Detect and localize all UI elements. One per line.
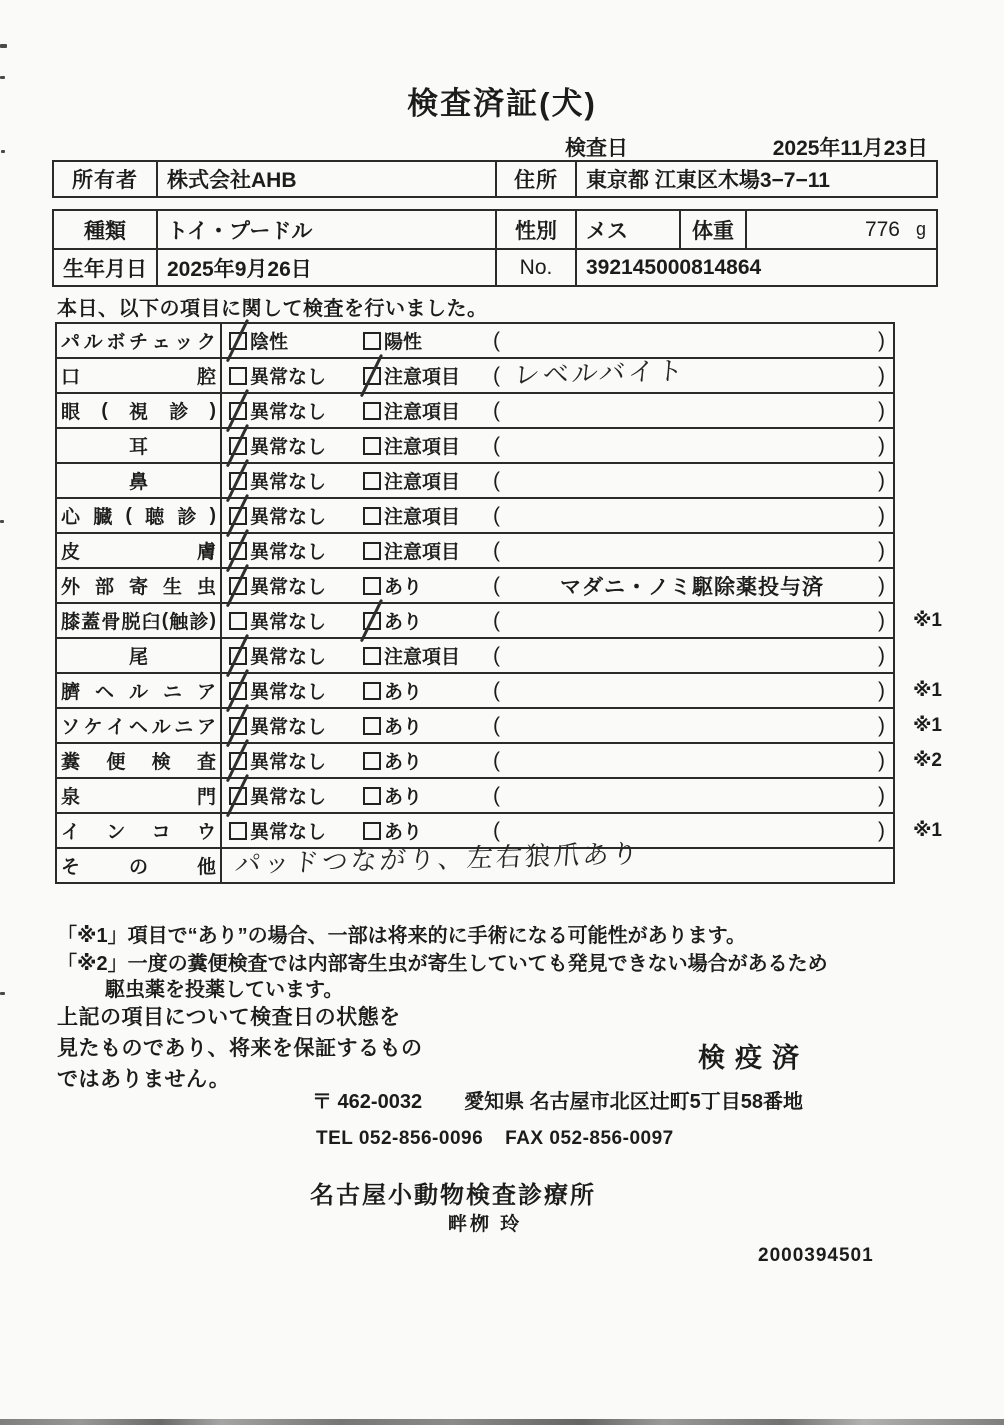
option-label: 異常なし: [250, 537, 326, 564]
inspection-item-label: 外部寄生虫: [57, 569, 222, 602]
inspection-item-content: 異常なし注意項目(): [222, 639, 893, 672]
option-label: 異常なし: [250, 747, 326, 774]
remarks-value: レベルバイト: [506, 359, 878, 392]
paren-open: (: [493, 784, 500, 808]
disclaimer-line: 上記の項目について検査日の状態を: [57, 1002, 423, 1033]
owner-value: 株式会社AHB: [158, 162, 497, 196]
option-primary: 異常なし: [229, 537, 363, 564]
option-label: 注意項目: [384, 467, 460, 494]
remarks-field: (): [493, 749, 893, 773]
checkbox-checked: [229, 717, 247, 735]
option-primary: 異常なし: [229, 572, 363, 599]
inspection-row: 外部寄生虫異常なしあり(マダニ・ノミ駆除薬投与済): [55, 567, 895, 604]
paren-open: (: [493, 749, 500, 773]
label-char: 眼: [61, 397, 80, 424]
inspection-item-label: インコウ: [57, 814, 222, 847]
note-reference: ※1: [913, 819, 942, 842]
option-primary: 異常なし: [229, 642, 363, 669]
paren-close: ): [878, 679, 893, 703]
option-label: あり: [384, 572, 422, 599]
checkbox-unchecked: [363, 332, 381, 350]
option-primary: 異常なし: [229, 747, 363, 774]
clinic-fax: FAX 052-856-0097: [505, 1128, 674, 1149]
option-primary: 異常なし: [229, 712, 363, 739]
checkbox-unchecked: [363, 542, 381, 560]
checkbox-unchecked: [363, 717, 381, 735]
scan-artifact: [1, 150, 5, 153]
checkbox-unchecked: [363, 437, 381, 455]
label-char: 部: [95, 572, 114, 599]
inspection-row: パルボチェック陰性陽性(): [55, 322, 895, 359]
checkbox-checked: [229, 437, 247, 455]
remarks-field: (): [493, 609, 893, 633]
label-char: の: [129, 852, 148, 879]
inspection-item-content: パッドつながり、左右狼爪あり: [222, 849, 893, 882]
option-label: 陰性: [250, 327, 288, 354]
option-label: 注意項目: [384, 642, 460, 669]
label-char: 虫: [197, 572, 216, 599]
label-char: ソ: [61, 712, 80, 739]
option-label: 異常なし: [250, 397, 326, 424]
quarantine-stamp: 検疫済: [698, 1036, 809, 1075]
option-secondary: 注意項目: [363, 362, 493, 389]
option-label: 異常なし: [250, 817, 326, 844]
sex-value: メス: [577, 211, 681, 248]
scan-artifact: [0, 76, 5, 79]
weight-unit: g: [916, 219, 926, 240]
inspection-row: 鼻異常なし注意項目(): [55, 462, 895, 499]
remarks-field: (): [493, 504, 893, 528]
paren-open: (: [493, 714, 500, 738]
option-primary: 異常なし: [229, 607, 363, 634]
option-label: 異常なし: [250, 677, 326, 704]
option-primary: 異常なし: [229, 502, 363, 529]
checkbox-checked: [229, 787, 247, 805]
label-char: 寄: [129, 572, 148, 599]
label-char: 口: [61, 362, 80, 389]
label-char: ェ: [152, 327, 171, 354]
inspection-item-content: 異常なしあり(): [222, 709, 893, 742]
option-label: 注意項目: [384, 397, 460, 424]
paren-open: (: [493, 399, 500, 423]
id-number-value: 392145000814864: [577, 250, 936, 285]
label-char: チ: [129, 327, 148, 354]
inspection-item-label: 膝蓋骨脱臼(触診): [57, 604, 222, 637]
inspection-item-label: その他: [57, 849, 222, 882]
footnote-1: 「※1」項目で“あり”の場合、一部は将来的に手術になる可能性があります。: [57, 919, 746, 948]
intro-sentence: 本日、以下の項目に関して検査を行いました。: [57, 292, 488, 321]
paren-open: (: [493, 609, 500, 633]
option-primary: 異常なし: [229, 432, 363, 459]
paren-close: ): [878, 714, 893, 738]
label-char: 査: [197, 747, 216, 774]
label-char: ニ: [174, 712, 193, 739]
label-char: 診: [177, 502, 196, 529]
option-label: あり: [384, 747, 422, 774]
option-label: 異常なし: [250, 607, 326, 634]
option-label: 注意項目: [384, 432, 460, 459]
checkbox-checked: [363, 612, 381, 630]
paren-close: ): [878, 784, 893, 808]
label-char: (: [101, 400, 107, 422]
option-secondary: 注意項目: [363, 537, 493, 564]
inspection-row: 泉門異常なしあり(): [55, 777, 895, 814]
inspection-table: パルボチェック陰性陽性()口腔異常なし注意項目(レベルバイト)眼(視診)異常なし…: [55, 322, 895, 884]
paren-close: ): [878, 644, 893, 668]
remarks-field: (): [493, 784, 893, 808]
inspection-item-label: パルボチェック: [57, 324, 222, 357]
label-char: ヘ: [129, 712, 148, 739]
inspection-item-content: 異常なし注意項目(): [222, 429, 893, 462]
footnote-2-line2: 駆虫薬を投薬しています。: [105, 973, 343, 1002]
remarks-field: (): [493, 329, 893, 353]
label-char: 診: [169, 397, 188, 424]
option-secondary: あり: [363, 782, 493, 809]
label-char: ル: [152, 712, 171, 739]
checkbox-checked: [229, 752, 247, 770]
inspection-item-label: 耳: [57, 429, 222, 462]
paren-open: (: [493, 434, 500, 458]
veterinarian-name: 畔栁 玲: [448, 1209, 522, 1236]
option-label: 異常なし: [250, 362, 326, 389]
label-char: 皮: [61, 537, 80, 564]
label-char: イ: [61, 817, 80, 844]
owner-table: 所有者 株式会社AHB 住所 東京都 江東区木場3−7−11: [52, 160, 938, 198]
label-char: 泉: [61, 782, 80, 809]
paren-open: (: [493, 329, 500, 353]
label-char: 心: [61, 502, 80, 529]
label-char: ): [210, 610, 216, 632]
scan-artifact: [0, 44, 7, 48]
option-secondary: 注意項目: [363, 642, 493, 669]
label-char: そ: [61, 852, 80, 879]
label-char: ケ: [84, 712, 103, 739]
option-primary: 異常なし: [229, 397, 363, 424]
inspection-row: その他パッドつながり、左右狼爪あり: [55, 847, 895, 884]
option-primary: 異常なし: [229, 782, 363, 809]
label-char: ニ: [163, 677, 182, 704]
option-secondary: 注意項目: [363, 432, 493, 459]
inspection-item-content: 異常なしあり(): [222, 779, 893, 812]
footnote-2-line1: 「※2」一度の糞便検査では内部寄生虫が寄生していても発見できない場合があるため: [57, 947, 828, 976]
note-reference: ※2: [913, 749, 942, 772]
pet-row-1: 種類 トイ・プードル 性別 メス 体重 776 g: [54, 211, 936, 248]
label-char: ン: [106, 817, 125, 844]
inspection-item-content: 異常なしあり(): [222, 744, 893, 777]
label-char: 脱: [121, 607, 140, 634]
inspection-item-content: 異常なし注意項目(): [222, 394, 893, 427]
option-label: 注意項目: [384, 537, 460, 564]
checkbox-checked: [229, 402, 247, 420]
note-reference: ※1: [913, 679, 942, 702]
checkbox-checked: [363, 367, 381, 385]
note-reference: ※1: [913, 609, 942, 632]
label-char: 他: [197, 852, 216, 879]
handwritten-check-icon: [226, 773, 249, 816]
label-char: 骨: [101, 607, 120, 634]
label-char: コ: [152, 817, 171, 844]
label-char: 糞: [61, 747, 80, 774]
exam-date-label: 検査日: [565, 132, 628, 162]
inspection-item-content: 陰性陽性(): [222, 324, 893, 357]
remarks-value: マダニ・ノミ駆除薬投与済: [506, 571, 878, 601]
weight-number: 776: [865, 218, 900, 242]
option-secondary: 注意項目: [363, 397, 493, 424]
checkbox-unchecked: [363, 577, 381, 595]
remarks-field: (マダニ・ノミ駆除薬投与済): [493, 571, 893, 601]
paren-open: (: [493, 504, 500, 528]
paren-close: ): [878, 749, 893, 773]
paren-close: ): [878, 329, 893, 353]
option-secondary: あり: [363, 747, 493, 774]
disclaimer-line: 見たものであり、将来を保証するもの: [57, 1033, 423, 1064]
remarks-field: (): [493, 399, 893, 423]
label-char: 耳: [129, 432, 148, 459]
id-number-label: No.: [497, 250, 577, 285]
option-primary: 異常なし: [229, 677, 363, 704]
paren-open: (: [493, 539, 500, 563]
option-label: 異常なし: [250, 432, 326, 459]
label-char: 膝: [61, 607, 80, 634]
paren-open: (: [493, 574, 500, 598]
inspection-item-content: 異常なしあり(): [222, 604, 893, 637]
inspection-item-label: 糞便検査: [57, 744, 222, 777]
label-char: (: [162, 610, 168, 632]
checkbox-unchecked: [363, 402, 381, 420]
option-label: 異常なし: [250, 642, 326, 669]
checkbox-unchecked: [363, 787, 381, 805]
option-secondary: 注意項目: [363, 467, 493, 494]
checkbox-unchecked: [363, 822, 381, 840]
label-char: ボ: [106, 327, 125, 354]
label-char: ): [210, 400, 216, 422]
paren-close: ): [878, 364, 893, 388]
option-label: あり: [384, 607, 422, 634]
remarks-field: (): [493, 714, 893, 738]
label-char: ア: [197, 677, 216, 704]
paren-close: ): [878, 574, 893, 598]
checkbox-unchecked: [363, 647, 381, 665]
checkbox-checked: [229, 682, 247, 700]
inspection-item-content: 異常なし注意項目(レベルバイト): [222, 359, 893, 392]
checkbox-unchecked: [363, 682, 381, 700]
label-char: 門: [197, 782, 216, 809]
handwritten-remark: レベルバイト: [513, 350, 688, 392]
label-char: ク: [197, 327, 216, 354]
option-secondary: あり: [363, 607, 493, 634]
scan-edge-band: [0, 1419, 1004, 1425]
option-label: 注意項目: [384, 502, 460, 529]
inspection-row: 心臓(聴診)異常なし注意項目(): [55, 497, 895, 534]
label-char: ッ: [174, 327, 193, 354]
label-char: 診: [189, 607, 208, 634]
inspection-row: 膝蓋骨脱臼(触診)異常なしあり()※1: [55, 602, 895, 639]
option-label: あり: [384, 782, 422, 809]
clinic-name: 名古屋小動物検査診療所: [310, 1175, 596, 1210]
handwritten-check-icon: [360, 598, 383, 641]
clinic-phone-line: TEL 052-856-0096FAX 052-856-0097: [316, 1128, 674, 1150]
inspection-item-label: 泉門: [57, 779, 222, 812]
remarks-field: (): [493, 434, 893, 458]
breed-value: トイ・プードル: [158, 211, 497, 248]
serial-number: 2000394501: [758, 1245, 874, 1267]
inspection-row: 尾異常なし注意項目(): [55, 637, 895, 674]
inspection-item-label: 口腔: [57, 359, 222, 392]
sex-label: 性別: [497, 211, 577, 248]
weight-value: 776 g: [747, 211, 936, 248]
label-char: 臍: [61, 677, 80, 704]
breed-label: 種類: [54, 211, 158, 248]
label-char: 視: [129, 397, 148, 424]
address-value: 東京都 江東区木場3−7−11: [577, 162, 936, 196]
owner-label: 所有者: [54, 162, 158, 196]
label-char: 生: [163, 572, 182, 599]
inspection-row: 口腔異常なし注意項目(レベルバイト): [55, 357, 895, 394]
label-char: ヘ: [95, 677, 114, 704]
option-secondary: 注意項目: [363, 502, 493, 529]
option-label: あり: [384, 677, 422, 704]
option-primary: 陰性: [229, 327, 363, 354]
disclaimer-statement: 上記の項目について検査日の状態を 見たものであり、将来を保証するもの ではありま…: [57, 1002, 423, 1095]
option-label: あり: [384, 712, 422, 739]
clinic-address-line: 〒 462-0032愛知県 名古屋市北区辻町5丁目58番地: [312, 1085, 803, 1114]
label-char: 膚: [197, 537, 216, 564]
option-secondary: 陽性: [363, 327, 493, 354]
inspection-item-content: 異常なし注意項目(): [222, 464, 893, 497]
clinic-address: 愛知県 名古屋市北区辻町5丁目58番地: [464, 1091, 803, 1113]
inspection-item-content: 異常なし注意項目(): [222, 499, 893, 532]
label-char: ): [210, 505, 216, 527]
paren-open: (: [493, 364, 500, 388]
printed-remark: マダニ・ノミ駆除薬投与済: [560, 571, 824, 601]
scanned-certificate-page: 検査済証(犬) 検査日 2025年11月23日 所有者 株式会社AHB 住所 東…: [0, 0, 1004, 1425]
inspection-item-content: 異常なし注意項目(): [222, 534, 893, 567]
label-char: 便: [106, 747, 125, 774]
option-label: 異常なし: [250, 712, 326, 739]
inspection-item-content: 異常なしあり(): [222, 674, 893, 707]
checkbox-unchecked: [229, 612, 247, 630]
inspection-item-label: 皮膚: [57, 534, 222, 567]
inspection-item-label: 尾: [57, 639, 222, 672]
label-char: 触: [169, 607, 188, 634]
paren-close: ): [878, 469, 893, 493]
paren-open: (: [493, 644, 500, 668]
label-char: ル: [129, 677, 148, 704]
handwritten-check-icon: [226, 318, 249, 361]
pet-row-2: 生年月日 2025年9月26日 No. 392145000814864: [54, 248, 936, 285]
label-char: 尾: [129, 642, 148, 669]
note-reference: ※1: [913, 714, 942, 737]
label-char: (: [126, 505, 132, 527]
document-title: 検査済証(犬): [0, 78, 1004, 123]
option-primary: 異常なし: [229, 362, 363, 389]
remarks-field: (): [493, 679, 893, 703]
inspection-row: 耳異常なし注意項目(): [55, 427, 895, 464]
remarks-field: (レベルバイト): [493, 359, 893, 392]
label-char: 腔: [197, 362, 216, 389]
remarks-field: (): [493, 539, 893, 563]
scan-artifact: [0, 520, 4, 523]
inspection-item-content: 異常なしあり(マダニ・ノミ駆除薬投与済): [222, 569, 893, 602]
paren-close: ): [878, 539, 893, 563]
weight-label: 体重: [681, 211, 747, 248]
checkbox-checked: [229, 332, 247, 350]
remarks-field: (): [493, 469, 893, 493]
remarks-field: (): [493, 644, 893, 668]
paren-close: ): [878, 399, 893, 423]
option-secondary: あり: [363, 712, 493, 739]
exam-date-value: 2025年11月23日: [773, 132, 928, 162]
clinic-tel: TEL 052-856-0096: [316, 1128, 483, 1149]
inspection-item-label: ソケイヘルニア: [57, 709, 222, 742]
clinic-postal: 〒 462-0032: [312, 1091, 422, 1113]
label-char: 蓋: [81, 607, 100, 634]
label-char: 検: [152, 747, 171, 774]
scan-artifact: [0, 992, 5, 995]
label-char: ウ: [197, 817, 216, 844]
inspection-item-label: 臍ヘルニア: [57, 674, 222, 707]
option-primary: 異常なし: [229, 817, 363, 844]
option-secondary: あり: [363, 677, 493, 704]
checkbox-unchecked: [229, 367, 247, 385]
label-char: 鼻: [129, 467, 148, 494]
paren-close: ): [878, 434, 893, 458]
handwritten-check-icon: [226, 563, 249, 606]
checkbox-unchecked: [363, 507, 381, 525]
option-label: 異常なし: [250, 572, 326, 599]
paren-close: ): [878, 819, 893, 843]
option-label: 異常なし: [250, 467, 326, 494]
inspection-row: 皮膚異常なし注意項目(): [55, 532, 895, 569]
option-label: 異常なし: [250, 502, 326, 529]
handwritten-check-icon: [360, 353, 383, 396]
checkbox-unchecked: [229, 822, 247, 840]
checkbox-unchecked: [363, 752, 381, 770]
inspection-item-label: 眼(視診): [57, 394, 222, 427]
option-label: 陽性: [384, 327, 422, 354]
birthdate-label: 生年月日: [54, 250, 158, 285]
label-char: イ: [106, 712, 125, 739]
label-char: パ: [61, 327, 80, 354]
label-char: 外: [61, 572, 80, 599]
paren-open: (: [493, 679, 500, 703]
inspection-row: ソケイヘルニア異常なしあり()※1: [55, 707, 895, 744]
pet-table: 種類 トイ・プードル 性別 メス 体重 776 g 生年月日 2025年9月26…: [52, 209, 938, 287]
paren-close: ): [878, 609, 893, 633]
checkbox-unchecked: [363, 472, 381, 490]
label-char: ル: [84, 327, 103, 354]
label-char: 臼: [142, 607, 161, 634]
checkbox-checked: [229, 472, 247, 490]
option-primary: 異常なし: [229, 467, 363, 494]
checkbox-checked: [229, 647, 247, 665]
inspection-row: 眼(視診)異常なし注意項目(): [55, 392, 895, 429]
checkbox-checked: [229, 507, 247, 525]
birthdate-value: 2025年9月26日: [158, 250, 497, 285]
label-char: 臓: [93, 502, 112, 529]
inspection-row: 臍ヘルニア異常なしあり()※1: [55, 672, 895, 709]
inspection-item-label: 心臓(聴診): [57, 499, 222, 532]
label-char: ア: [197, 712, 216, 739]
checkbox-checked: [229, 542, 247, 560]
inspection-item-label: 鼻: [57, 464, 222, 497]
option-secondary: あり: [363, 572, 493, 599]
paren-close: ): [878, 504, 893, 528]
paren-open: (: [493, 469, 500, 493]
label-char: 聴: [145, 502, 164, 529]
checkbox-checked: [229, 577, 247, 595]
inspection-row: 糞便検査異常なしあり()※2: [55, 742, 895, 779]
